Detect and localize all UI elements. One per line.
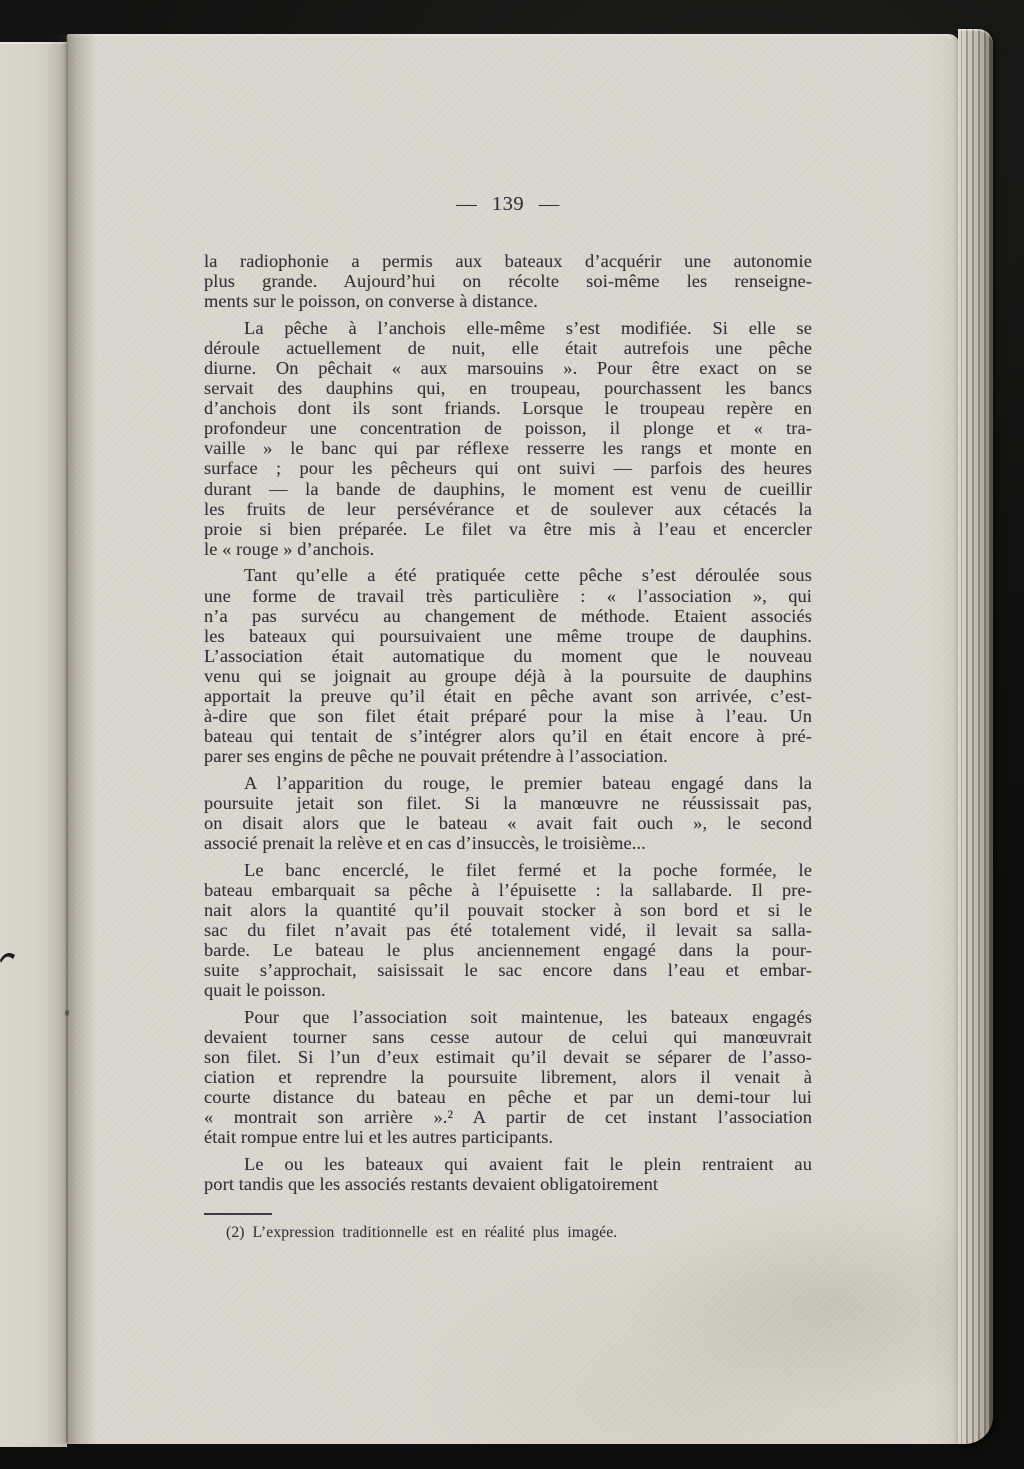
text-line: on disait alors que le bateau « avait fa… (204, 813, 812, 833)
text-line: barde. Le bateau le plus anciennement en… (204, 940, 812, 960)
scanner-backdrop: — 139 — la radiophonie a permis aux bate… (0, 0, 1024, 1469)
text-line: suite s’approchait, saisissait le sac en… (204, 960, 812, 980)
text-line: proie si bien préparée. Le filet va être… (204, 519, 812, 539)
text-line: était rompue entre lui et les autres par… (204, 1127, 812, 1147)
text-line: port tandis que les associés restants de… (204, 1174, 812, 1194)
text-line: à-dire que son filet était préparé pour … (204, 706, 812, 726)
paragraph: Le ou les bateaux qui avaient fait le pl… (204, 1154, 812, 1194)
paper-speck (65, 1010, 69, 1016)
text-line: plus grande. Aujourd’hui on récolte soi-… (204, 271, 812, 291)
text-line: les bateaux qui poursuivaient une même t… (204, 626, 812, 646)
text-line: Tant qu’elle a été pratiquée cette pêche… (204, 565, 812, 585)
text-line: apportait la preuve qu’il était en pêche… (204, 686, 812, 706)
ink-mark (0, 946, 20, 970)
page-stack-edges (958, 29, 993, 1444)
text-line: venu qui se joignait au groupe déjà à la… (204, 666, 812, 686)
text-line: diurne. On pêchait « aux marsouins ». Po… (204, 358, 812, 378)
gutter-fold-line (66, 36, 68, 1442)
paragraph: Pour que l’association soit maintenue, l… (204, 1007, 812, 1148)
text-line: « montrait son arrière ».² A partir de c… (204, 1107, 812, 1127)
text-line: poursuite jetait son filet. Si la manœuv… (204, 793, 812, 813)
text-line: ciation et reprendre la poursuite librem… (204, 1067, 812, 1087)
paragraph: Tant qu’elle a été pratiquée cette pêche… (204, 565, 812, 766)
text-line: profondeur une concentration de poisson,… (204, 418, 812, 438)
text-line: nait alors la quantité qu’il pouvait sto… (204, 900, 812, 920)
text-line: les fruits de leur persévérance et de so… (204, 499, 812, 519)
text-line: Le ou les bateaux qui avaient fait le pl… (204, 1154, 812, 1174)
text-line: quait le poisson. (204, 980, 812, 1000)
text-line: bateau qui tentait de s’intégrer alors q… (204, 726, 812, 746)
paragraph: la radiophonie a permis aux bateaux d’ac… (204, 251, 812, 311)
text-line: surface ; pour les pêcheurs qui ont suiv… (204, 458, 812, 478)
text-line: son filet. Si l’un d’eux estimait qu’il … (204, 1047, 812, 1067)
text-line: sac du filet n’avait pas été totalement … (204, 920, 812, 940)
text-line: servait des dauphins qui, en troupeau, p… (204, 378, 812, 398)
text-line: d’anchois dont ils sont friands. Lorsque… (204, 398, 812, 418)
text-line: Le banc encerclé, le filet fermé et la p… (204, 860, 812, 880)
text-line: Pour que l’association soit maintenue, l… (204, 1007, 812, 1027)
footnote-rule (204, 1213, 272, 1215)
paragraph: Le banc encerclé, le filet fermé et la p… (204, 860, 812, 1001)
text-line: bateau embarquait sa pêche à l’épuisette… (204, 880, 812, 900)
paragraph: A l’apparition du rouge, le premier bate… (204, 773, 812, 853)
text-line: parer ses engins de pêche ne pouvait pré… (204, 746, 812, 766)
text-line: associé prenait la relève et en cas d’in… (204, 833, 812, 853)
text-line: une forme de travail très particulière :… (204, 586, 812, 606)
paragraph: La pêche à l’anchois elle-même s’est mod… (204, 318, 812, 559)
text-line: n’a pas survécu au changement de méthode… (204, 606, 812, 626)
text-line: L’association était automatique du momen… (204, 646, 812, 666)
text-line: devaient tourner sans cesse autour de ce… (204, 1027, 812, 1047)
text-line: durant — la bande de dauphins, le moment… (204, 479, 812, 499)
footnote-text: (2) L’expression traditionnelle est en r… (204, 1223, 812, 1242)
text-line: vaille » le banc qui par réflexe resserr… (204, 438, 812, 458)
text-line: la radiophonie a permis aux bateaux d’ac… (204, 251, 812, 271)
text-line: A l’apparition du rouge, le premier bate… (204, 773, 812, 793)
page-number: — 139 — (204, 192, 812, 216)
previous-page-edge (0, 42, 67, 1447)
text-line: La pêche à l’anchois elle-même s’est mod… (204, 318, 812, 338)
text-line: courte distance du bateau en pêche et pa… (204, 1087, 812, 1107)
text-line: déroule actuellement de nuit, elle était… (204, 338, 812, 358)
text-line: ments sur le poisson, on converse à dist… (204, 291, 812, 311)
text-line: le « rouge » d’anchois. (204, 539, 812, 559)
body-text: la radiophonie a permis aux bateaux d’ac… (204, 251, 812, 1194)
